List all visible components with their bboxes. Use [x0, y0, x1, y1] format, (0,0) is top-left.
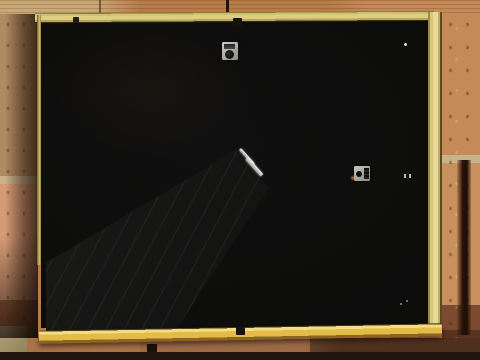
small-mark	[409, 174, 411, 178]
backing-sheen	[41, 20, 254, 159]
retaining-clip-top	[233, 18, 242, 26]
faint-mark	[400, 303, 402, 305]
retaining-clip-top-left	[73, 17, 79, 23]
frame-edge-left	[37, 15, 41, 265]
brick-crevice	[457, 160, 471, 335]
retaining-clip-bottom	[236, 327, 245, 335]
photo-frame-back-scene	[0, 0, 480, 360]
small-mark	[404, 174, 406, 178]
slide-hanger-hole	[225, 50, 234, 59]
brick-mortar-gap	[99, 0, 101, 13]
white-speck	[404, 43, 407, 46]
frame-edge-right	[428, 12, 442, 332]
slide-hanger	[222, 42, 238, 60]
keyhole-hanger	[354, 166, 370, 181]
ground-shadow	[0, 352, 480, 360]
keyhole-hanger-slot	[364, 168, 369, 179]
ledge-shadow-patch	[310, 338, 480, 353]
faint-mark	[406, 300, 408, 302]
keyhole-hanger-hole	[356, 171, 362, 177]
frame-cast-shadow-lower	[0, 235, 38, 338]
slide-hanger-slot	[224, 44, 235, 49]
